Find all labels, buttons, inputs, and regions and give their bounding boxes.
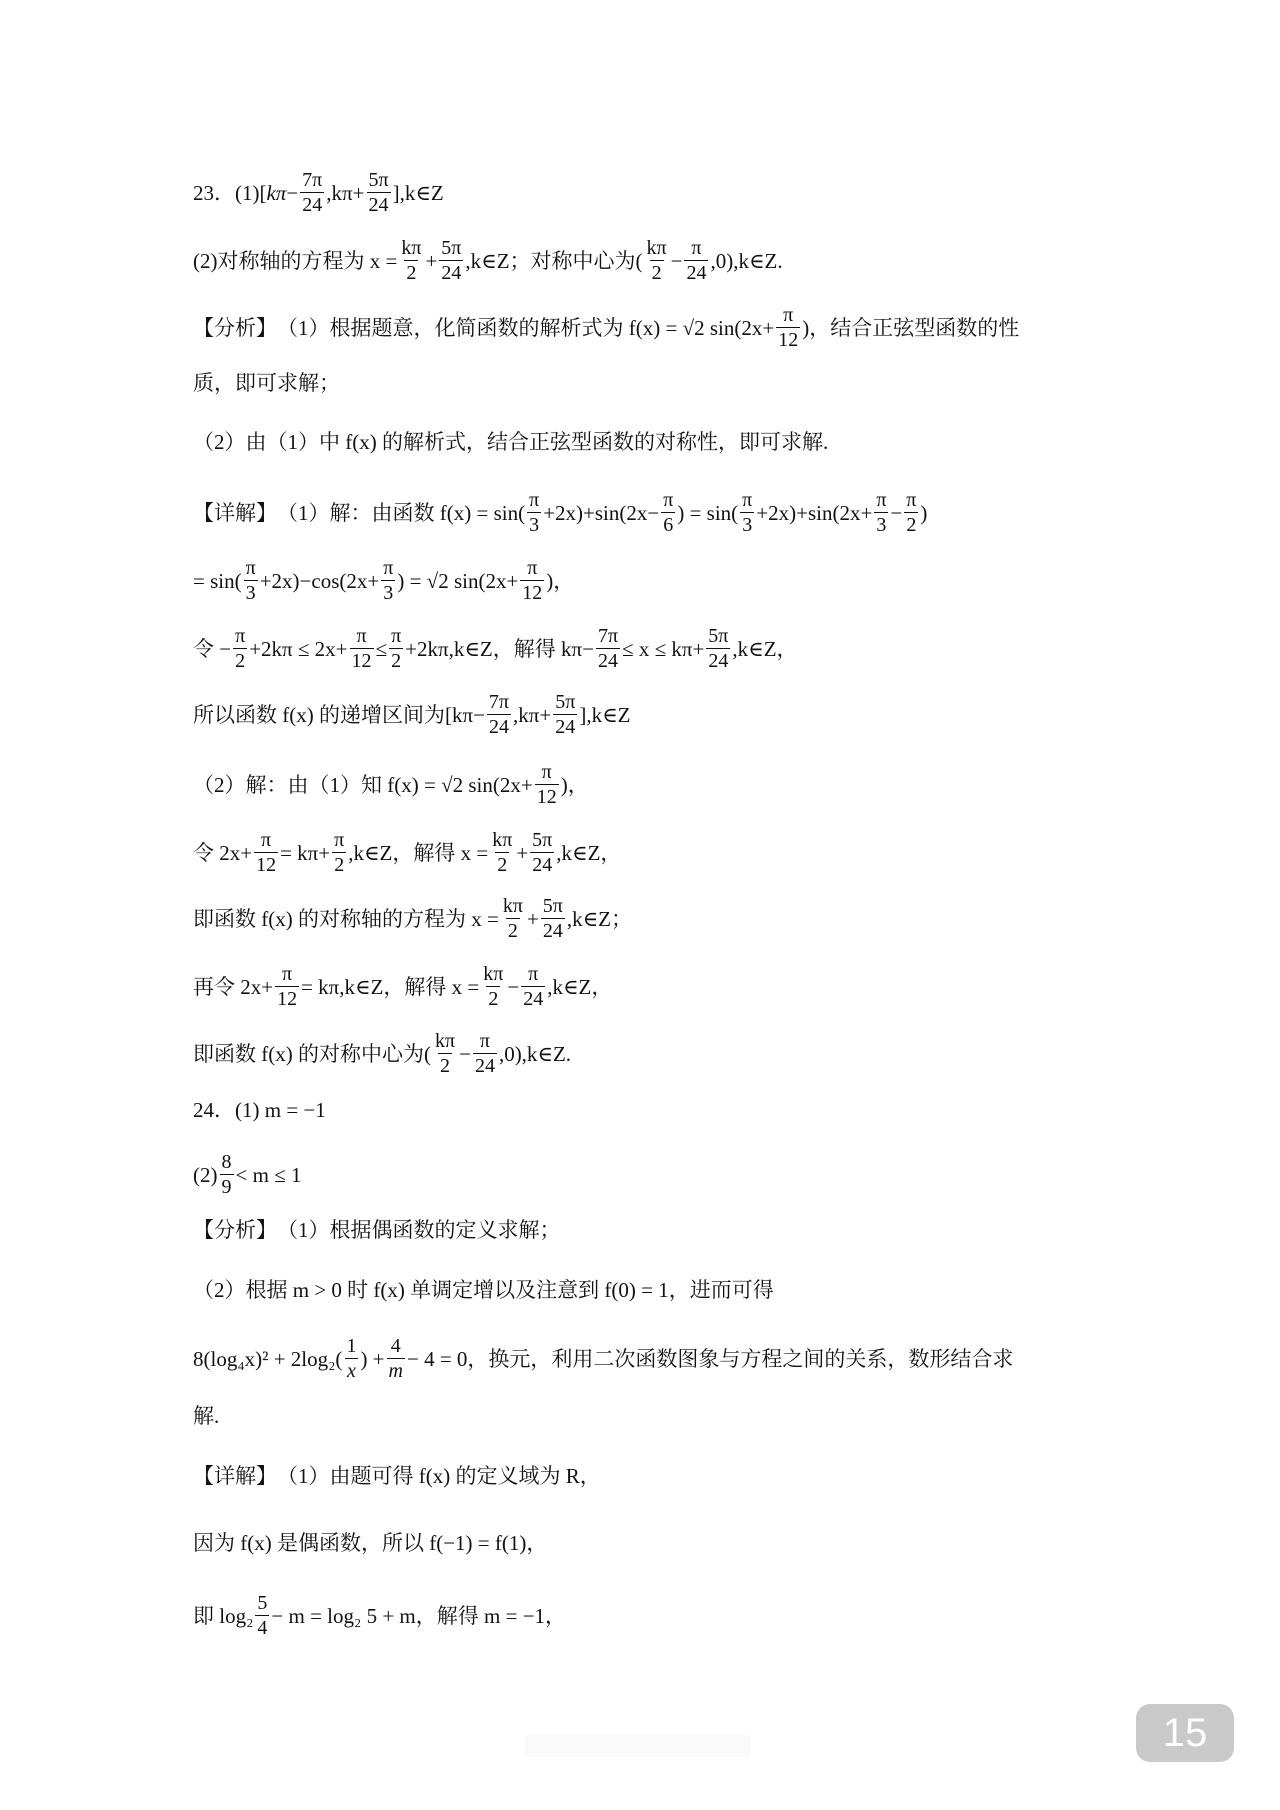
numerator: π xyxy=(354,626,368,648)
text: (2) xyxy=(193,1165,218,1186)
fraction: kπ2 xyxy=(490,830,514,876)
text: （1）由题可得 f(x) 的定义域为 R， xyxy=(277,1466,601,1487)
denominator: 12 xyxy=(776,327,800,351)
fraction: 5π24 xyxy=(541,896,565,942)
fraction: kπ2 xyxy=(481,964,505,1010)
numerator: π xyxy=(661,490,675,512)
fraction: π2 xyxy=(233,626,247,672)
text: ≤ x ≤ kπ+ xyxy=(622,639,704,660)
denominator: 12 xyxy=(520,580,544,604)
text: (2)对称轴的方程为 x = xyxy=(193,251,397,272)
page-number-badge: 15 xyxy=(1136,1704,1234,1762)
numerator: π xyxy=(280,964,294,986)
numerator: 5π xyxy=(439,238,463,260)
q24-analysis-line-3: 8(log₄x)² + 2log₂( 1x ) + 4m − 4 = 0，换元，… xyxy=(193,1336,1013,1382)
text: +2x)+sin(2x+ xyxy=(756,503,872,524)
numerator: 5 xyxy=(255,1593,269,1615)
numerator: 5π xyxy=(541,896,565,918)
operator: + xyxy=(425,251,437,272)
fraction: π3 xyxy=(740,490,754,536)
denominator: 2 xyxy=(389,648,403,672)
text: 解. xyxy=(193,1406,219,1427)
denominator: 24 xyxy=(596,648,620,672)
denominator: 2 xyxy=(506,918,520,942)
text: − m = log₂ 5 + m，解得 m = −1， xyxy=(271,1606,566,1627)
denominator: 9 xyxy=(220,1174,234,1198)
denominator: 24 xyxy=(473,1053,497,1077)
q23-answer-1: 23． (1)[ kπ − 7π24 ,kπ+ 5π24 ],k∈Z xyxy=(193,170,444,216)
q23-detail-line-7: 即函数 f(x) 的对称轴的方程为 x = kπ2 + 5π24 ,k∈Z； xyxy=(193,896,632,942)
q23-analysis-line-1: 【分析】 （1）根据题意，化简函数的解析式为 f(x) = √2 sin(2x+… xyxy=(193,305,1019,351)
denominator: 24 xyxy=(487,714,511,738)
fraction: 7π24 xyxy=(596,626,620,672)
numerator: 7π xyxy=(300,170,324,192)
text: 因为 f(x) 是偶函数，所以 f(−1) = f(1)， xyxy=(193,1533,547,1554)
numerator: kπ xyxy=(399,238,423,260)
text: +2x)+sin(2x− xyxy=(543,503,659,524)
numerator: π xyxy=(689,238,703,260)
denominator: 3 xyxy=(740,512,754,536)
section-tag: 【详解】 xyxy=(193,1466,277,1487)
fraction: kπ2 xyxy=(399,238,423,284)
text: ) xyxy=(920,503,927,524)
q24-detail-line-1: 【详解】 （1）由题可得 f(x) 的定义域为 R， xyxy=(193,1466,601,1487)
operator: ≤ xyxy=(376,639,388,660)
text: = kπ+ xyxy=(280,843,330,864)
operator: − xyxy=(459,1044,471,1065)
text: 即函数 f(x) 的对称轴的方程为 x = xyxy=(193,909,499,930)
fraction: π12 xyxy=(254,830,278,876)
fraction: π24 xyxy=(473,1031,497,1077)
numerator: π xyxy=(781,305,795,327)
fraction: 89 xyxy=(220,1152,234,1198)
denominator: 12 xyxy=(254,852,278,876)
operator: − xyxy=(286,183,298,204)
numerator: π xyxy=(740,490,754,512)
denominator: 24 xyxy=(521,986,545,1010)
numerator: kπ xyxy=(433,1031,457,1053)
q24-analysis-line-2: （2）根据 m > 0 时 f(x) 单调定增以及注意到 f(0) = 1，进而… xyxy=(193,1280,774,1301)
numerator: π xyxy=(526,964,540,986)
text: ,k∈Z， xyxy=(732,639,797,660)
numerator: π xyxy=(527,490,541,512)
text: )， xyxy=(561,775,589,796)
fraction: π3 xyxy=(874,490,888,536)
denominator: 3 xyxy=(874,512,888,536)
numerator: π xyxy=(259,830,273,852)
text: = sin( xyxy=(193,571,242,592)
fraction: π6 xyxy=(661,490,675,536)
text: (1) m = −1 xyxy=(235,1100,326,1121)
section-tag: 【分析】 xyxy=(193,318,277,339)
fraction: 1x xyxy=(344,1336,358,1382)
text: ) = √2 sin(2x+ xyxy=(397,571,518,592)
numerator: 5π xyxy=(530,830,554,852)
text: （1）根据偶函数的定义求解； xyxy=(277,1220,561,1241)
fraction: 5π24 xyxy=(439,238,463,284)
numerator: 5π xyxy=(366,170,390,192)
denominator: 24 xyxy=(530,852,554,876)
q23-detail-line-1: 【详解】 （1）解：由函数 f(x) = sin( π3 +2x)+sin(2x… xyxy=(193,490,927,536)
denominator: 2 xyxy=(404,260,418,284)
text: ],k∈Z xyxy=(579,705,630,726)
text: 即函数 f(x) 的对称中心为( xyxy=(193,1044,431,1065)
numerator: 5π xyxy=(553,692,577,714)
denominator: 12 xyxy=(350,648,374,672)
denominator: x xyxy=(345,1358,358,1382)
denominator: 24 xyxy=(541,918,565,942)
denominator: 2 xyxy=(495,852,509,876)
math-term: kπ xyxy=(266,183,286,204)
q23-detail-line-9: 即函数 f(x) 的对称中心为( kπ2 − π24 ,0),k∈Z. xyxy=(193,1031,571,1077)
denominator: 4 xyxy=(255,1615,269,1639)
denominator: 24 xyxy=(439,260,463,284)
q24-analysis-line-4: 解. xyxy=(193,1406,219,1427)
text: ,k∈Z；对称中心为( xyxy=(465,251,642,272)
numerator: 1 xyxy=(344,1336,358,1358)
denominator: 24 xyxy=(367,192,391,216)
text: )， xyxy=(546,571,574,592)
numerator: π xyxy=(874,490,888,512)
fraction: π3 xyxy=(527,490,541,536)
denominator: 2 xyxy=(332,852,346,876)
text: （2）解：由（1）知 f(x) = √2 sin(2x+ xyxy=(193,775,533,796)
text: 令 − xyxy=(193,639,231,660)
fraction: π12 xyxy=(350,626,374,672)
text: ,k∈Z， xyxy=(547,977,612,998)
section-tag: 【详解】 xyxy=(193,503,277,524)
denominator: 24 xyxy=(300,192,324,216)
q23-analysis-line-3: （2）由（1）中 f(x) 的解析式，结合正弦型函数的对称性，即可求解. xyxy=(193,432,828,453)
fraction: π12 xyxy=(535,762,559,808)
numerator: π xyxy=(478,1031,492,1053)
operator: − xyxy=(890,503,902,524)
q23-detail-line-8: 再令 2x+ π12 = kπ,k∈Z，解得 x = kπ2 − π24 ,k∈… xyxy=(193,964,612,1010)
fraction: π3 xyxy=(381,558,395,604)
fraction: π12 xyxy=(776,305,800,351)
q24-answer-2: (2) 89 < m ≤ 1 xyxy=(193,1152,301,1198)
text: ) = sin( xyxy=(677,503,738,524)
denominator: 2 xyxy=(438,1053,452,1077)
text: = kπ,k∈Z，解得 x = xyxy=(301,977,479,998)
numerator: kπ xyxy=(481,964,505,986)
section-tag: 【分析】 xyxy=(193,1220,277,1241)
fraction: π2 xyxy=(332,830,346,876)
numerator: π xyxy=(332,830,346,852)
text: （2）根据 m > 0 时 f(x) 单调定增以及注意到 f(0) = 1，进而… xyxy=(193,1280,774,1301)
numerator: kπ xyxy=(501,896,525,918)
fraction: π12 xyxy=(275,964,299,1010)
numerator: 5π xyxy=(706,626,730,648)
faint-watermark xyxy=(525,1735,750,1757)
text: +2x)−cos(2x+ xyxy=(260,571,380,592)
fraction: π24 xyxy=(521,964,545,1010)
text: ,kπ+ xyxy=(513,705,551,726)
fraction: 5π24 xyxy=(366,170,390,216)
text: 所以函数 f(x) 的递增区间为[kπ− xyxy=(193,705,485,726)
text: 令 2x+ xyxy=(193,843,252,864)
fraction: 5π24 xyxy=(553,692,577,738)
numerator: π xyxy=(233,626,247,648)
q24-answer-1: 24． (1) m = −1 xyxy=(193,1100,326,1121)
fraction: 7π24 xyxy=(300,170,324,216)
denominator: 3 xyxy=(244,580,258,604)
fraction: kπ2 xyxy=(433,1031,457,1077)
text: 8(log₄x)² + 2log₂( xyxy=(193,1349,342,1370)
operator: + xyxy=(516,843,528,864)
q24-detail-line-3: 即 log₂ 54 − m = log₂ 5 + m，解得 m = −1， xyxy=(193,1593,566,1639)
q24-analysis-line-1: 【分析】 （1）根据偶函数的定义求解； xyxy=(193,1220,561,1241)
text: +2kπ ≤ 2x+ xyxy=(249,639,347,660)
numerator: π xyxy=(244,558,258,580)
numerator: kπ xyxy=(645,238,669,260)
denominator: 2 xyxy=(486,986,500,1010)
text: (1)[ xyxy=(235,183,266,204)
text: （2）由（1）中 f(x) 的解析式，结合正弦型函数的对称性，即可求解. xyxy=(193,432,828,453)
question-number: 23． xyxy=(193,183,235,204)
text: （1）解：由函数 f(x) = sin( xyxy=(277,503,525,524)
numerator: kπ xyxy=(490,830,514,852)
fraction: π24 xyxy=(684,238,708,284)
numerator: π xyxy=(525,558,539,580)
text: < m ≤ 1 xyxy=(236,1165,302,1186)
denominator: 24 xyxy=(553,714,577,738)
denominator: 24 xyxy=(706,648,730,672)
text: ,kπ+ xyxy=(326,183,364,204)
q23-detail-line-3: 令 − π2 +2kπ ≤ 2x+ π12 ≤ π2 +2kπ,k∈Z，解得 k… xyxy=(193,626,798,672)
numerator: π xyxy=(540,762,554,784)
fraction: π12 xyxy=(520,558,544,604)
text: （1）根据题意，化简函数的解析式为 f(x) = √2 sin(2x+ xyxy=(277,318,774,339)
denominator: 6 xyxy=(661,512,675,536)
text: )，结合正弦型函数的性 xyxy=(802,318,1019,339)
q24-detail-line-2: 因为 f(x) 是偶函数，所以 f(−1) = f(1)， xyxy=(193,1533,547,1554)
denominator: 2 xyxy=(650,260,664,284)
denominator: 24 xyxy=(684,260,708,284)
text: ],k∈Z xyxy=(393,183,444,204)
text: 质，即可求解； xyxy=(193,373,340,394)
denominator: 12 xyxy=(535,784,559,808)
text: 再令 2x+ xyxy=(193,977,273,998)
text: 即 log₂ xyxy=(193,1606,253,1627)
numerator: 7π xyxy=(596,626,620,648)
text: − 4 = 0，换元，利用二次函数图象与方程之间的关系，数形结合求 xyxy=(407,1349,1013,1370)
numerator: π xyxy=(389,626,403,648)
text: ,k∈Z，解得 x = xyxy=(348,843,488,864)
operator: − xyxy=(507,977,519,998)
denominator: 2 xyxy=(904,512,918,536)
text: ,0),k∈Z. xyxy=(499,1044,571,1065)
denominator: 3 xyxy=(527,512,541,536)
numerator: 4 xyxy=(389,1336,403,1358)
numerator: 8 xyxy=(220,1152,234,1174)
q23-detail-line-5: （2）解：由（1）知 f(x) = √2 sin(2x+ π12 )， xyxy=(193,762,589,808)
operator: + xyxy=(527,909,539,930)
numerator: π xyxy=(904,490,918,512)
numerator: 7π xyxy=(487,692,511,714)
operator: − xyxy=(671,251,683,272)
question-number: 24． xyxy=(193,1100,235,1121)
text: ,k∈Z； xyxy=(567,909,632,930)
fraction: 7π24 xyxy=(487,692,511,738)
q23-detail-line-4: 所以函数 f(x) 的递增区间为[kπ− 7π24 ,kπ+ 5π24 ],k∈… xyxy=(193,692,630,738)
denominator: 2 xyxy=(233,648,247,672)
q23-answer-2: (2)对称轴的方程为 x = kπ2 + 5π24 ,k∈Z；对称中心为( kπ… xyxy=(193,238,783,284)
q23-analysis-line-2: 质，即可求解； xyxy=(193,373,340,394)
fraction: kπ2 xyxy=(645,238,669,284)
fraction: kπ2 xyxy=(501,896,525,942)
fraction: 54 xyxy=(255,1593,269,1639)
text: +2kπ,k∈Z，解得 kπ− xyxy=(405,639,594,660)
text: ,0),k∈Z. xyxy=(710,251,782,272)
denominator: 12 xyxy=(275,986,299,1010)
denominator: m xyxy=(387,1358,405,1382)
fraction: π2 xyxy=(904,490,918,536)
fraction: 5π24 xyxy=(706,626,730,672)
denominator: 3 xyxy=(381,580,395,604)
text: ,k∈Z， xyxy=(556,843,621,864)
numerator: π xyxy=(381,558,395,580)
fraction: 4m xyxy=(387,1336,405,1382)
fraction: 5π24 xyxy=(530,830,554,876)
fraction: π2 xyxy=(389,626,403,672)
q23-detail-line-2: = sin( π3 +2x)−cos(2x+ π3 ) = √2 sin(2x+… xyxy=(193,558,574,604)
fraction: π3 xyxy=(244,558,258,604)
q23-detail-line-6: 令 2x+ π12 = kπ+ π2 ,k∈Z，解得 x = kπ2 + 5π2… xyxy=(193,830,621,876)
text: ) + xyxy=(360,1349,384,1370)
